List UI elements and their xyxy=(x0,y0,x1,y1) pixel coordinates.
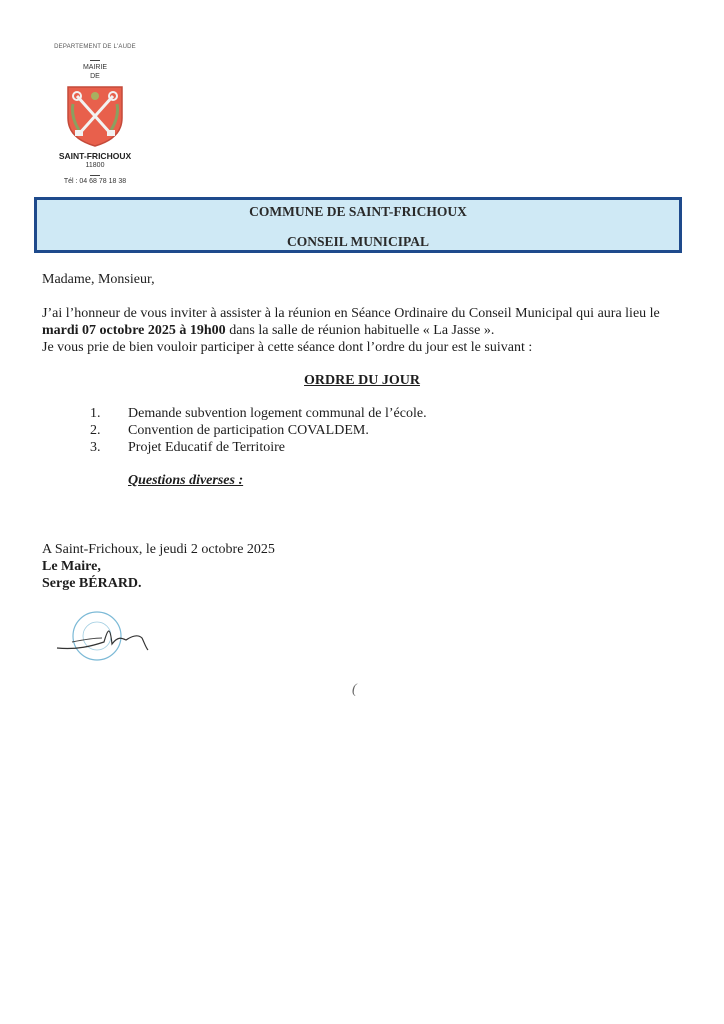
invitation-intro: J’ai l’honneur de vous inviter à assiste… xyxy=(42,306,660,321)
agenda-item: 2. Convention de participation COVALDEM. xyxy=(90,422,427,439)
other-questions: Questions diverses : xyxy=(128,473,243,489)
coat-of-arms-icon xyxy=(65,84,125,148)
signatory-role: Le Maire, xyxy=(42,558,275,575)
letterhead: DEPARTEMENT DE L'AUDE MAIRIE DE SAINT-FR… xyxy=(40,44,150,185)
mairie-label: MAIRIE xyxy=(40,63,150,72)
divider xyxy=(90,60,100,61)
town-name: SAINT-FRICHOUX xyxy=(40,151,150,161)
invitation-closing-line: Je vous prie de bien vouloir participer … xyxy=(42,340,532,355)
invitation-location: dans la salle de réunion habituelle « La… xyxy=(226,323,495,338)
signature-stamp-icon xyxy=(52,608,172,668)
greeting: Madame, Monsieur, xyxy=(42,271,155,288)
phone-number: Tél : 04 68 78 18 38 xyxy=(40,178,150,185)
agenda-item: 3. Projet Educatif de Territoire xyxy=(90,439,427,456)
council-title: CONSEIL MUNICIPAL xyxy=(37,234,679,250)
agenda-item-number: 2. xyxy=(90,422,128,439)
signatory-name: Serge BÉRARD. xyxy=(42,575,275,592)
agenda-title: ORDRE DU JOUR xyxy=(0,373,724,389)
agenda-list: 1. Demande subvention logement communal … xyxy=(90,405,427,456)
agenda-item-text: Projet Educatif de Territoire xyxy=(128,439,285,456)
agenda-item-text: Convention de participation COVALDEM. xyxy=(128,422,369,439)
invitation-paragraph: J’ai l’honneur de vous inviter à assiste… xyxy=(42,305,692,356)
meeting-datetime: mardi 07 octobre 2025 à 19h00 xyxy=(42,323,226,338)
mairie-de-label: DE xyxy=(40,72,150,81)
agenda-item-number: 3. xyxy=(90,439,128,456)
postal-code: 11800 xyxy=(40,162,150,169)
place-and-date: A Saint-Frichoux, le jeudi 2 octobre 202… xyxy=(42,541,275,558)
agenda-item: 1. Demande subvention logement communal … xyxy=(90,405,427,422)
header-banner: COMMUNE DE SAINT-FRICHOUX CONSEIL MUNICI… xyxy=(34,197,682,253)
stray-mark: ( xyxy=(352,682,357,698)
agenda-item-text: Demande subvention logement communal de … xyxy=(128,405,427,422)
divider xyxy=(90,175,100,176)
department-label: DEPARTEMENT DE L'AUDE xyxy=(40,44,150,50)
commune-title: COMMUNE DE SAINT-FRICHOUX xyxy=(37,204,679,220)
closing-block: A Saint-Frichoux, le jeudi 2 octobre 202… xyxy=(42,541,275,592)
agenda-item-number: 1. xyxy=(90,405,128,422)
